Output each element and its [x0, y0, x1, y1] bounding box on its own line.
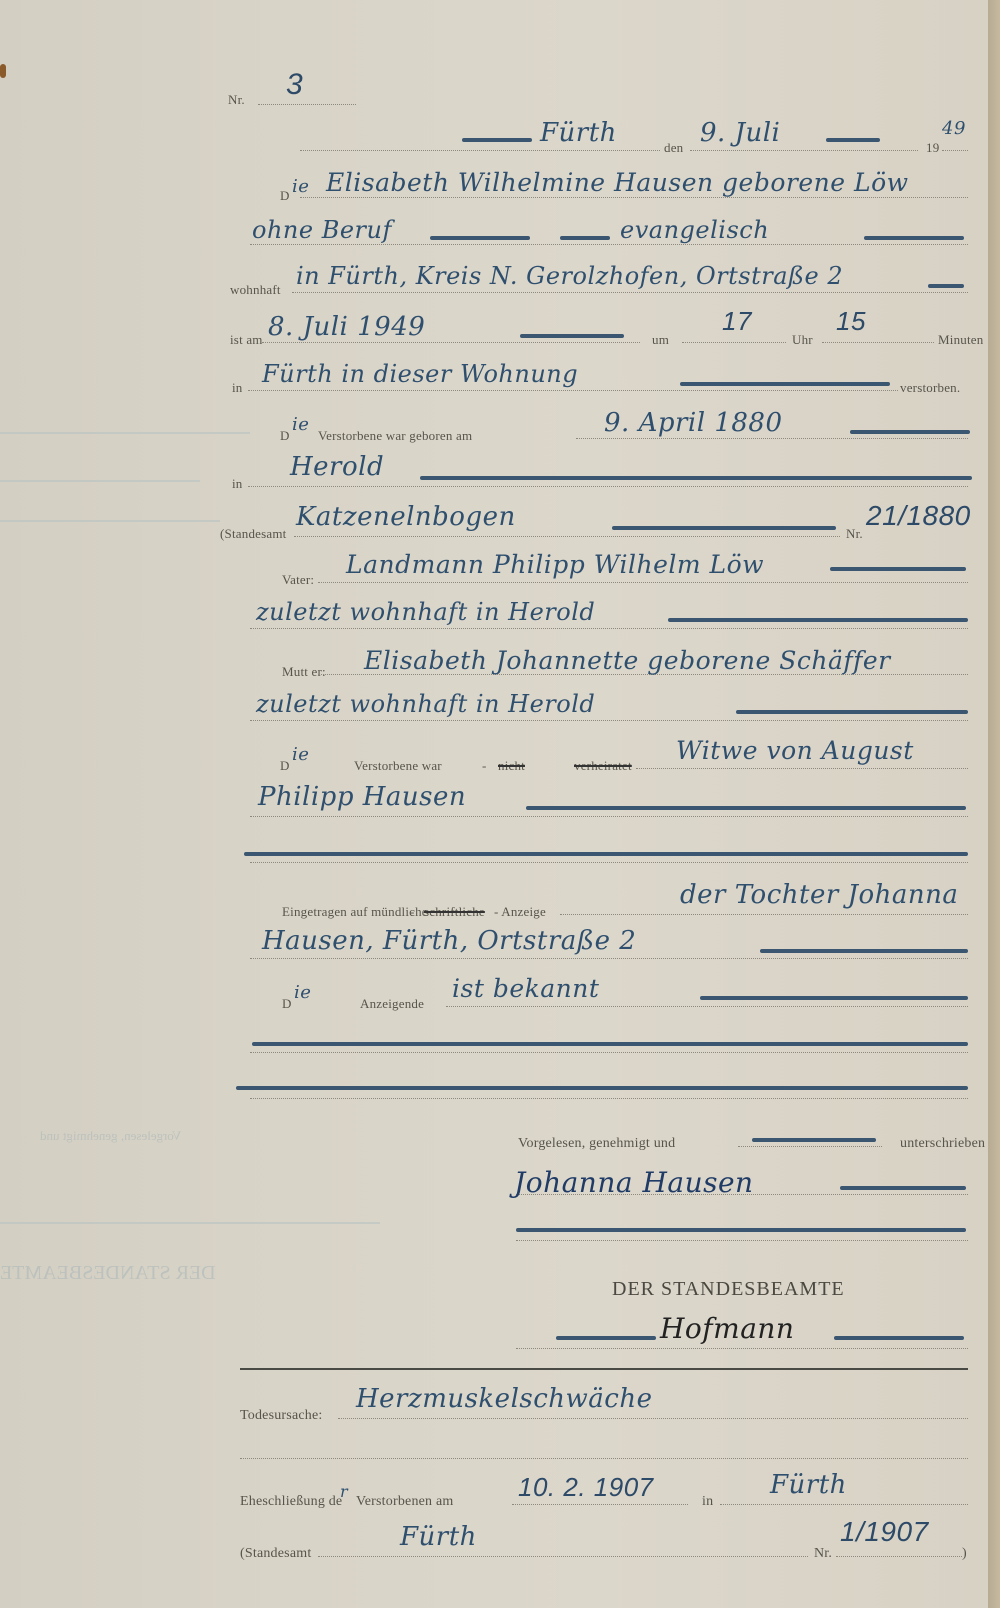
residence-value: in Fürth, Kreis N. Gerolzhofen, Ortstraß…: [296, 262, 843, 290]
mother-label: Mutt er:: [282, 664, 326, 680]
struck-schriftliche: schriftliche: [424, 904, 485, 920]
father-label: Vater:: [282, 572, 314, 588]
cause-of-death-value: Herzmuskelschwäche: [356, 1384, 653, 1414]
filler-dash: [864, 236, 964, 240]
nr-label: Nr.: [814, 1546, 832, 1562]
dotted-line: [516, 1240, 968, 1241]
father-residence: zuletzt wohnhaft in Herold: [256, 598, 595, 626]
marriage-standesamt-label: (Standesamt: [240, 1546, 311, 1562]
informant-dash: -: [410, 904, 415, 920]
dotted-line: [250, 628, 968, 629]
filler-dash: [612, 526, 836, 530]
entry-number-label: Nr.: [228, 92, 245, 108]
filler-dash: [850, 430, 970, 434]
dotted-line: [248, 390, 898, 391]
dotted-line: [258, 104, 356, 105]
dotted-line: [690, 150, 918, 151]
d-prefix: D: [280, 758, 290, 774]
section-rule: [240, 1368, 968, 1370]
close-paren: ): [962, 1546, 967, 1562]
anzeigende-label: Anzeigende: [360, 996, 424, 1012]
death-date-value: 8. Juli 1949: [268, 312, 425, 342]
d-prefix: D: [280, 428, 290, 444]
mother-value: Elisabeth Johannette geborene Schäffer: [364, 646, 891, 675]
dotted-line: [250, 1098, 968, 1099]
wohnhaft-label: wohnhaft: [230, 282, 281, 298]
dotted-line: [250, 1052, 968, 1053]
filler-dash: [834, 1336, 964, 1340]
ist-am-label: ist am: [230, 332, 263, 348]
cause-of-death-label: Todesursache:: [240, 1408, 322, 1424]
filler-dash: [526, 806, 966, 810]
dotted-line: [512, 1504, 688, 1505]
unterschrieben-label: unterschrieben: [900, 1136, 985, 1152]
filler-dash: [252, 1042, 968, 1046]
religion-value: evangelisch: [620, 216, 769, 244]
marital-value: Witwe von August: [676, 736, 914, 765]
deceased-name: Elisabeth Wilhelmine Hausen geborene Löw: [326, 168, 909, 197]
dotted-line: [292, 292, 968, 293]
nr-label: Nr.: [846, 526, 863, 542]
marriage-place-value: Fürth: [770, 1470, 847, 1500]
filler-dash: [462, 138, 532, 142]
dotted-line: [240, 1458, 968, 1459]
filler-dash: [244, 852, 968, 856]
birth-date-value: 9. April 1880: [604, 408, 782, 438]
in-label: in: [702, 1494, 713, 1510]
dotted-line: [294, 536, 840, 537]
dotted-line: [262, 342, 640, 343]
filler-dash: [840, 1186, 966, 1190]
registrar-title: DER STANDESBEAMTE: [612, 1278, 845, 1301]
filler-dash: [516, 1228, 966, 1232]
marriage-date-value: 10. 2. 1907: [518, 1472, 654, 1503]
date-value: 9. Juli: [700, 118, 780, 148]
bleed-line: [0, 1222, 380, 1224]
dotted-line: [248, 486, 968, 487]
dotted-line: [338, 1418, 968, 1419]
informant-address: Hausen, Fürth, Ortstraße 2: [262, 926, 636, 956]
dotted-line: [560, 914, 968, 915]
struck-verheiratet: verheiratet: [574, 758, 632, 774]
register-page: [0, 0, 988, 1608]
filler-dash: [520, 334, 624, 338]
article: ie: [294, 982, 311, 1003]
dotted-line: [300, 150, 660, 151]
article: r: [340, 1482, 348, 1501]
marriage-standesamt-value: Fürth: [400, 1522, 477, 1552]
filler-dash: [700, 996, 968, 1000]
filler-dash: [928, 284, 964, 288]
place-value: Fürth: [540, 118, 617, 148]
filler-dash: [680, 382, 890, 386]
filler-dash: [560, 236, 610, 240]
born-label: Verstorbene war geboren am: [318, 428, 472, 444]
year-prefix: 19: [926, 140, 939, 156]
marriage-label-suffix: Verstorbenen am: [356, 1494, 453, 1510]
filler-dash: [236, 1086, 968, 1090]
um-label: um: [652, 332, 669, 348]
article: ie: [292, 414, 309, 435]
filler-dash: [420, 476, 972, 480]
dotted-line: [738, 1146, 882, 1147]
informant-signature: Johanna Hausen: [514, 1166, 754, 1199]
struck-nicht: nicht: [498, 758, 525, 774]
in-label: in: [232, 380, 243, 396]
dotted-line: [516, 1348, 968, 1349]
dotted-line: [682, 342, 786, 343]
marriage-register-nr: 1/1907: [840, 1516, 929, 1548]
next-page-edge: [988, 0, 1000, 1608]
filler-dash: [830, 567, 966, 571]
marriage-label: Eheschließung de: [240, 1494, 342, 1510]
dotted-line: [250, 816, 968, 817]
informant-label: Eingetragen auf mündliche: [282, 904, 428, 920]
dotted-line: [318, 1556, 808, 1557]
verstorben-label: verstorben.: [900, 380, 960, 396]
dotted-line: [250, 862, 968, 863]
dotted-line: [576, 438, 968, 439]
dotted-line: [836, 1556, 962, 1557]
d-prefix: D: [280, 188, 290, 204]
d-prefix: D: [282, 996, 292, 1012]
hour-value: 17: [722, 306, 752, 337]
dotted-line: [636, 768, 968, 769]
registrar-signature: Hofmann: [660, 1312, 794, 1345]
bleed-text: Vorgelesen, genehmigt und: [40, 1128, 181, 1144]
in-label: in: [232, 476, 243, 492]
minuten-label: Minuten: [938, 332, 983, 348]
dotted-line: [318, 582, 968, 583]
occupation-value: ohne Beruf: [252, 216, 392, 244]
dotted-line: [942, 150, 968, 151]
standesamt-value: Katzenelnbogen: [296, 502, 516, 532]
birth-register-nr: 21/1880: [866, 500, 971, 532]
filler-dash: [668, 618, 968, 622]
den-label: den: [664, 140, 683, 156]
filler-dash: [760, 949, 968, 953]
marital-label: Verstorbene war: [354, 758, 442, 774]
dotted-line: [250, 720, 968, 721]
dotted-line: [822, 342, 934, 343]
marital-dash: -: [482, 758, 487, 774]
filler-dash: [430, 236, 530, 240]
dotted-line: [300, 197, 968, 198]
filler-dash: [826, 138, 880, 142]
bleed-text: DER STANDESBEAMTE: [0, 1262, 216, 1285]
dotted-line: [250, 958, 968, 959]
dotted-line: [446, 1006, 968, 1007]
standesamt-label: (Standesamt: [220, 526, 286, 542]
paper-stain: [0, 64, 6, 78]
uhr-label: Uhr: [792, 332, 813, 348]
anzeigende-value: ist bekannt: [452, 974, 599, 1003]
bleed-line: [0, 432, 250, 434]
anzeige-label: - Anzeige: [494, 904, 546, 920]
article: ie: [292, 744, 309, 765]
minute-value: 15: [836, 306, 866, 337]
bleed-line: [0, 520, 220, 522]
spouse-value: Philipp Hausen: [258, 782, 466, 812]
filler-dash: [752, 1138, 876, 1142]
informant-value: der Tochter Johanna: [680, 880, 958, 910]
article: ie: [292, 176, 309, 197]
read-approved-label: Vorgelesen, genehmigt und: [518, 1136, 675, 1152]
mother-residence: zuletzt wohnhaft in Herold: [256, 690, 595, 718]
filler-dash: [556, 1336, 656, 1340]
entry-number: 3: [286, 68, 303, 102]
dotted-line: [720, 1504, 968, 1505]
filler-dash: [736, 710, 968, 714]
year-suffix: 49: [942, 118, 966, 139]
father-value: Landmann Philipp Wilhelm Löw: [346, 550, 764, 579]
birth-place-value: Herold: [290, 452, 384, 482]
bleed-line: [0, 480, 200, 482]
dotted-line: [250, 244, 968, 245]
death-place-value: Fürth in dieser Wohnung: [262, 360, 578, 388]
